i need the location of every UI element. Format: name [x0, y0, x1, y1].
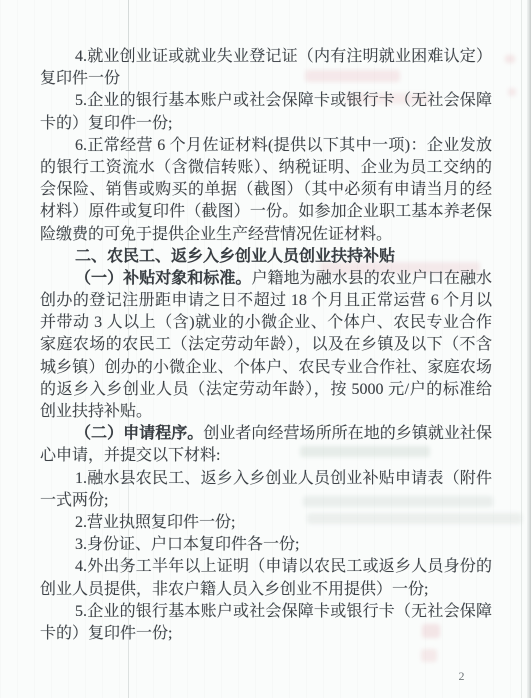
document-line: 2.营业执照复印件一份;	[40, 512, 492, 534]
document-line: 创办的登记注册距申请之日不超过 18 个月且正常运营 6 个月以上	[40, 290, 492, 312]
document-line: 复印件一份	[40, 68, 492, 90]
page-number: 2	[459, 669, 466, 684]
document-line: 一式两份;	[40, 490, 492, 512]
document-line: 城乡镇）创办的小微企业、个体户、农民专业合作社、家庭农场	[40, 357, 492, 379]
document-line: 3.身份证、户口本复印件各一份;	[40, 534, 492, 556]
document-line: 5.企业的银行基本账户或社会保障卡或银行卡（无社会保障	[40, 601, 492, 623]
document-line: 并带动 3 人以上（含)就业的小微企业、个体户、农民专业合作社、	[40, 312, 492, 334]
document-line: 材料）原件或复印件（截图）一份。如参加企业职工基本养老保	[40, 201, 492, 223]
document-line: 的返乡入乡创业人员（法定劳动年龄），按 5000 元/户的标准给予	[40, 379, 492, 401]
document-line: 创业扶持补贴。	[40, 401, 492, 423]
document-line: 会保险、销售或购买的单据（截图）（其中必须有申请当月的经营	[40, 179, 492, 201]
scan-edge-shadow	[527, 0, 531, 698]
bleed-through-mark	[505, 55, 515, 63]
document-line: 卡的）复印件一份;	[40, 623, 492, 645]
document-text: 4.就业创业证或就业失业登记证（内有注明就业困难认定） 复印件一份 5.企业的银…	[40, 46, 492, 645]
document-line: 6.正常经营 6 个月佐证材料(提供以下其中一项)：企业发放	[40, 135, 492, 157]
bleed-through-mark	[508, 88, 516, 96]
document-line: （二）申请程序。创业者向经营场所所在地的乡镇就业社保中	[40, 423, 492, 445]
scanned-document-page: 4.就业创业证或就业失业登记证（内有注明就业困难认定） 复印件一份 5.企业的银…	[0, 0, 531, 698]
document-line: 1.融水县农民工、返乡入乡创业人员创业补贴申请表（附件 2）	[40, 468, 492, 490]
section-heading: 二、农民工、返乡入乡创业人员创业扶持补贴	[40, 246, 492, 268]
document-line: 创业人员提供，非农户籍人员入乡创业不用提供）一份;	[40, 579, 492, 601]
paper-crease-right	[521, 0, 522, 698]
document-line: 心申请，并提交以下材料:	[40, 445, 492, 467]
document-line: 险缴费的可免于提供企业生产经营情况佐证材料。	[40, 224, 492, 246]
document-line: 卡的）复印件一份;	[40, 113, 492, 135]
document-line: 4.外出务工半年以上证明（申请以农民工或返乡人员身份的	[40, 556, 492, 578]
document-line: 的银行工资流水（含微信转账）、纳税证明、企业为员工交纳的社	[40, 157, 492, 179]
document-line: 家庭农场的农民工（法定劳动年龄），以及在乡镇及以下（不含县	[40, 334, 492, 356]
bleed-through-mark	[421, 649, 437, 662]
document-line: （一）补贴对象和标准。户籍地为融水县的农业户口在融水县	[40, 268, 492, 290]
document-line: 5.企业的银行基本账户或社会保障卡或银行卡（无社会保障	[40, 90, 492, 112]
document-line: 4.就业创业证或就业失业登记证（内有注明就业困难认定）	[40, 46, 492, 68]
